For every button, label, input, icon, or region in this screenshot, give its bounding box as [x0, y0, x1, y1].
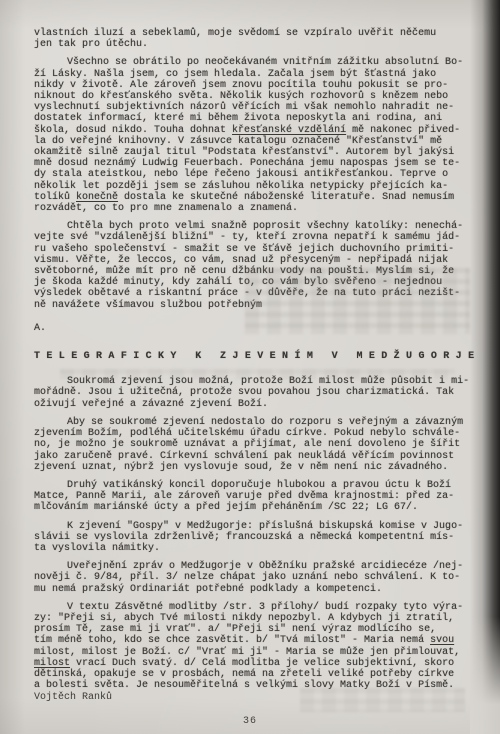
text-line: Aby se soukromé zjevení nedostalo do roz…	[34, 417, 474, 428]
text-line: prosím Tě, zase mi ji vrať". a/ "Přeji s…	[34, 624, 474, 635]
text-line: ží Lásky. Našla jsem, co jsem hledala. Z…	[34, 69, 474, 80]
text-line: nikdy v životě. Ale zároveň jsem znovu p…	[34, 80, 474, 91]
text-line: mlčováním mariánské úcty a před jejím př…	[34, 502, 474, 513]
text-line: Matce, Panně Marii, ale zároveň varuje p…	[34, 491, 474, 502]
text-line: tím méně toho, kdo se chce zasvětit. b/ …	[34, 635, 474, 646]
section-title: T E L E G R A F I C K Y K Z J E V E N Í …	[34, 351, 474, 362]
text-line: V textu Zásvětné modlitby /str. 3 příloh…	[34, 602, 474, 613]
text-line: Uveřejnění zpráv o Medžugorje v Oběžníku…	[34, 561, 474, 572]
text-line: Druhý vatikánský koncil doporučuje hlubo…	[34, 480, 474, 491]
text-line: rozvádět, co to pro mne znamenalo a znam…	[34, 203, 474, 214]
text-line: no, je možno je soukromě uznávat a přijí…	[34, 439, 474, 450]
text-line: zy: "Přeji si, abych Tvé milosti nikdy n…	[34, 613, 474, 624]
text-line: Chtěla bych proto velmi snažně poprosit …	[34, 221, 474, 232]
text-line: niknout do křesťanského světa. Několik k…	[34, 91, 474, 102]
text-line: ru vašeho společenství - smažit se ve šť…	[34, 244, 474, 255]
text-line: mořádně. Jsou i užitečná, protože svou p…	[34, 387, 474, 398]
text-line: Všechno se obrátilo po neočekávaném vnit…	[34, 57, 474, 68]
author-signature: Vojtěch Ranků	[34, 692, 474, 703]
text-line: vlastních iluzí a sebeklamů, moje svědom…	[34, 28, 474, 39]
text-line: Soukromá zjevení jsou možná, protože Bož…	[34, 376, 474, 387]
text-line: milost, milost je Boží. c/ "Vrať mi ji" …	[34, 647, 474, 658]
text-line: jen tak pro útěchu.	[34, 39, 474, 50]
text-line: mně dosud neznámý Ludwig Feuerbach. Pone…	[34, 158, 474, 169]
paragraph: Soukromá zjevení jsou možná, protože Bož…	[34, 376, 474, 410]
text-line: světoborné, může mít pro ně cenu džbánku…	[34, 266, 474, 277]
page-number: 36	[0, 716, 500, 727]
intro-text-block: vlastních iluzí a sebeklamů, moje svědom…	[34, 28, 474, 311]
text-line: jako zaručeně pravé. Církevní schválení …	[34, 451, 474, 462]
text-line: škola, dosud nikdo. Touha dohnat křesťan…	[34, 125, 474, 136]
text-line: dostatek informací, které mi během život…	[34, 113, 474, 124]
paragraph: V textu Zásvětné modlitby /str. 3 příloh…	[34, 602, 474, 692]
text-line: la do veřejné knihovny. V zásuvce katalo…	[34, 136, 474, 147]
paragraph: K zjevení "Gospy" v Medžugorje: příslušn…	[34, 521, 474, 555]
text-line: mu nemá pražský Ordinariát potřebné podk…	[34, 584, 474, 595]
text-line: několik let později jsem se zásluhou něk…	[34, 181, 474, 192]
paragraph: Chtěla bych proto velmi snažně poprosit …	[34, 221, 474, 311]
text-line: K zjevení "Gospy" v Medžugorje: příslušn…	[34, 521, 474, 532]
paragraph: vlastních iluzí a sebeklamů, moje svědom…	[34, 28, 474, 50]
text-line: okamžitě silně zaujal titul "Podstata kř…	[34, 147, 474, 158]
paragraph: Druhý vatikánský koncil doporučuje hlubo…	[34, 480, 474, 514]
text-line: milost vrací Duch svatý. d/ Celá modlitb…	[34, 658, 474, 669]
text-line: nověji č. 9/84, příl. 3/ nelze chápat ja…	[34, 572, 474, 583]
text-line: ně navážete všímavou službou potřebným	[34, 300, 474, 311]
scan-edge-shadow	[470, 0, 500, 734]
text-line: slávii se vyslovila zdrženlivě; francouz…	[34, 532, 474, 543]
text-line: vismu. Věřte, že leccos, co vám, snad už…	[34, 255, 474, 266]
scanned-typewritten-page: vlastních iluzí a sebeklamů, moje svědom…	[34, 28, 474, 698]
paragraph: Všechno se obrátilo po neočekávaném vnit…	[34, 57, 474, 214]
text-line: vyslechnutí subjektivních názorů věřícíc…	[34, 102, 474, 113]
text-line: je škoda každé minuty, kdy zahálí to, co…	[34, 277, 474, 288]
section-text-block: Soukromá zjevení jsou možná, protože Bož…	[34, 376, 474, 691]
text-line: zjevením Božím, podléhá učitelskému úřad…	[34, 428, 474, 439]
text-line: dy stala ateistkou, nebo lépe řečeno jak…	[34, 169, 474, 180]
text-line: vejte své "vzdálenější bližní" - ty, kte…	[34, 232, 474, 243]
paragraph: Aby se soukromé zjevení nedostalo do roz…	[34, 417, 474, 473]
text-line: tolíků konečně dostala ke skutečné nábož…	[34, 192, 474, 203]
author-initial: A.	[34, 323, 474, 334]
text-line: oživují veřejné a závazné zjevení Boží.	[34, 399, 474, 410]
paragraph: Uveřejnění zpráv o Medžugorje v Oběžníku…	[34, 561, 474, 595]
text-line: ta vyslovila námitky.	[34, 543, 474, 554]
text-line: zjevení uznat, nýbrž jen vyslovuje soud,…	[34, 462, 474, 473]
text-line: dětinská, opakuje se v prosbách, nemá na…	[34, 669, 474, 680]
text-line: a bolesti světa. Je nesouměřitelná s vel…	[34, 680, 474, 691]
text-line: výsledek obětavé a riskantní práce - v d…	[34, 288, 474, 299]
